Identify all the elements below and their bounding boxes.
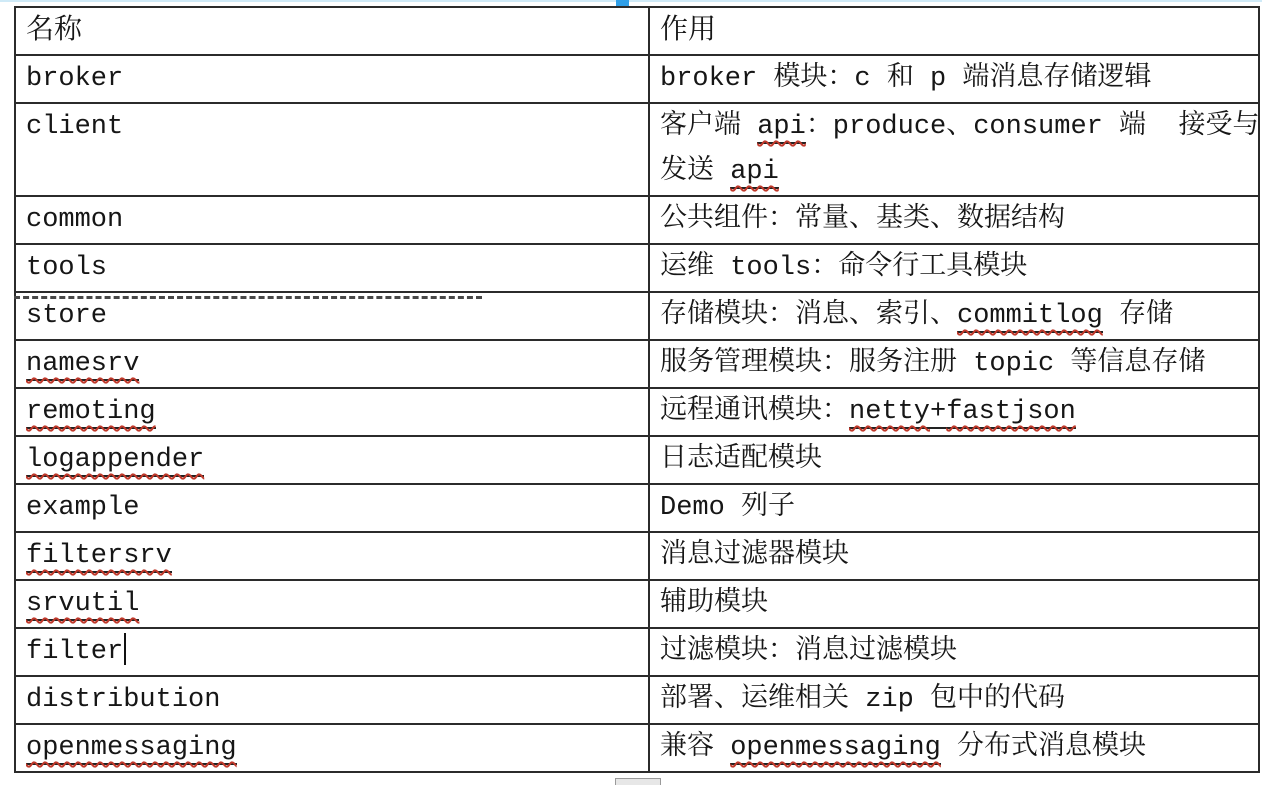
cell-text: api <box>757 112 806 144</box>
module-desc-cell[interactable]: 辅助模块 <box>649 580 1259 628</box>
cell-text: 公共组件：常量、基类、数据结构 <box>660 205 1065 235</box>
cell-text: openmessaging <box>26 733 237 765</box>
module-name-cell[interactable]: remoting <box>15 388 649 436</box>
bottom-handle[interactable] <box>615 778 661 785</box>
module-name-cell[interactable]: filtersrv <box>15 532 649 580</box>
module-name-cell[interactable]: namesrv <box>15 340 649 388</box>
cell-text: distribution <box>26 685 220 715</box>
cell-text: fastjson <box>946 397 1076 429</box>
text-cursor <box>124 633 126 665</box>
module-name-cell[interactable]: srvutil <box>15 580 649 628</box>
cell-text: 服务管理模块：服务注册 topic 等信息存储 <box>660 349 1205 379</box>
cell-text: 过滤模块：消息过滤模块 <box>660 637 957 667</box>
cell-text: 存储模块：消息、索引、 <box>660 301 957 331</box>
cell-text: namesrv <box>26 349 139 381</box>
table-row: logappender日志适配模块 <box>15 436 1259 484</box>
module-desc-cell[interactable]: 公共组件：常量、基类、数据结构 <box>649 196 1259 244</box>
module-name-cell[interactable]: openmessaging <box>15 724 649 772</box>
module-desc-cell[interactable]: 运维 tools：命令行工具模块 <box>649 244 1259 292</box>
table-row: remoting远程通讯模块：netty+fastjson <box>15 388 1259 436</box>
module-table: 名称 作用 brokerbroker 模块：c 和 p 端消息存储逻辑clien… <box>14 6 1260 773</box>
table-row: common公共组件：常量、基类、数据结构 <box>15 196 1259 244</box>
table-row: filter过滤模块：消息过滤模块 <box>15 628 1259 676</box>
header-row: 名称 作用 <box>15 7 1259 55</box>
module-name-cell[interactable]: client <box>15 103 649 196</box>
module-name-cell[interactable]: store <box>15 292 649 340</box>
cell-text: + <box>930 397 946 429</box>
cell-text: 存储 <box>1103 301 1173 331</box>
table-row: client客户端 api：produce、consumer 端 接受与 发送 … <box>15 103 1259 196</box>
cell-text: broker <box>26 64 123 94</box>
cell-text: tools <box>26 253 107 283</box>
module-name-cell[interactable]: logappender <box>15 436 649 484</box>
table-row: store存储模块：消息、索引、commitlog 存储 <box>15 292 1259 340</box>
top-edge-strip <box>0 0 1262 2</box>
cell-text: remoting <box>26 397 156 429</box>
cell-text: common <box>26 205 123 235</box>
module-desc-cell[interactable]: Demo 列子 <box>649 484 1259 532</box>
cell-text: example <box>26 493 139 523</box>
cell-text: client <box>26 112 123 142</box>
table-row: srvutil辅助模块 <box>15 580 1259 628</box>
table-row: openmessaging兼容 openmessaging 分布式消息模块 <box>15 724 1259 772</box>
cell-text: 远程通讯模块： <box>660 397 849 427</box>
module-desc-cell[interactable]: 兼容 openmessaging 分布式消息模块 <box>649 724 1259 772</box>
table-row: tools运维 tools：命令行工具模块 <box>15 244 1259 292</box>
cell-text: 客户端 <box>660 112 757 142</box>
module-name-cell[interactable]: broker <box>15 55 649 103</box>
cell-text: 运维 tools：命令行工具模块 <box>660 253 1027 283</box>
page-break-dashes <box>14 296 482 299</box>
cell-text: 日志适配模块 <box>660 445 822 475</box>
module-desc-cell[interactable]: 远程通讯模块：netty+fastjson <box>649 388 1259 436</box>
table-row: exampleDemo 列子 <box>15 484 1259 532</box>
table-row: brokerbroker 模块：c 和 p 端消息存储逻辑 <box>15 55 1259 103</box>
cell-text: 兼容 <box>660 733 730 763</box>
cell-text: commitlog <box>957 301 1103 333</box>
module-desc-cell[interactable]: 存储模块：消息、索引、commitlog 存储 <box>649 292 1259 340</box>
cell-text: 消息过滤器模块 <box>660 541 849 571</box>
cell-text: store <box>26 301 107 331</box>
cell-text: openmessaging <box>730 733 941 765</box>
module-desc-cell[interactable]: 客户端 api：produce、consumer 端 接受与 发送 api <box>649 103 1259 196</box>
module-name-cell[interactable]: distribution <box>15 676 649 724</box>
table-row: filtersrv消息过滤器模块 <box>15 532 1259 580</box>
cell-text: 辅助模块 <box>660 589 768 619</box>
cell-text: netty <box>849 397 930 429</box>
table-row: namesrv服务管理模块：服务注册 topic 等信息存储 <box>15 340 1259 388</box>
table-row: distribution部署、运维相关 zip 包中的代码 <box>15 676 1259 724</box>
module-desc-cell[interactable]: 服务管理模块：服务注册 topic 等信息存储 <box>649 340 1259 388</box>
col-header-role[interactable]: 作用 <box>649 7 1259 55</box>
cell-text: broker 模块：c 和 p 端消息存储逻辑 <box>660 64 1151 94</box>
cell-text: logappender <box>26 445 204 477</box>
module-desc-cell[interactable]: 部署、运维相关 zip 包中的代码 <box>649 676 1259 724</box>
module-desc-cell[interactable]: 过滤模块：消息过滤模块 <box>649 628 1259 676</box>
module-desc-cell[interactable]: 消息过滤器模块 <box>649 532 1259 580</box>
module-desc-cell[interactable]: 日志适配模块 <box>649 436 1259 484</box>
col-header-name[interactable]: 名称 <box>15 7 649 55</box>
module-name-cell[interactable]: tools <box>15 244 649 292</box>
cell-text: filtersrv <box>26 541 172 573</box>
cell-text: filter <box>26 637 123 667</box>
module-name-cell[interactable]: example <box>15 484 649 532</box>
cell-text: api <box>730 157 779 189</box>
module-desc-cell[interactable]: broker 模块：c 和 p 端消息存储逻辑 <box>649 55 1259 103</box>
cell-text: 分布式消息模块 <box>941 733 1146 763</box>
cell-text: 部署、运维相关 zip 包中的代码 <box>660 685 1065 715</box>
cell-text: Demo 列子 <box>660 493 795 523</box>
module-name-cell[interactable]: common <box>15 196 649 244</box>
cell-text: srvutil <box>26 589 139 621</box>
module-name-cell[interactable]: filter <box>15 628 649 676</box>
